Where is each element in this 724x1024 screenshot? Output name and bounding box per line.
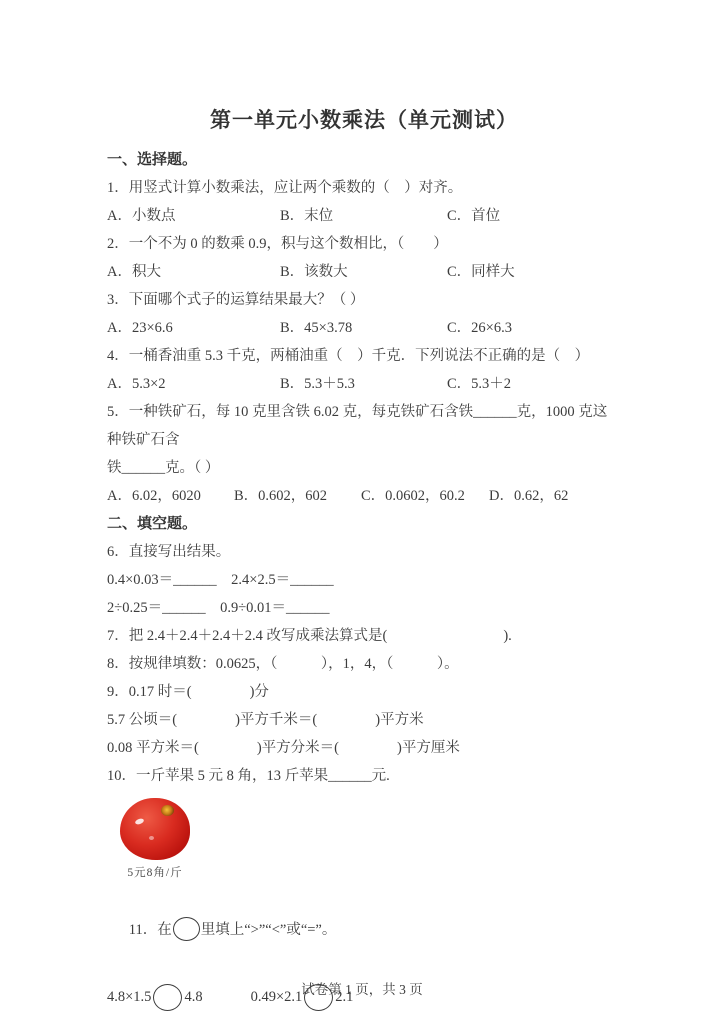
page-content: 第一单元小数乘法（单元测试） 一、选择题。 1．用竖式计算小数乘法，应让两个乘数… bbox=[107, 104, 621, 1014]
option-a: A．23×6.6 bbox=[107, 314, 280, 342]
question-2-stem: 2．一个不为 0 的数乘 0.9，积与这个数相比，（ ） bbox=[107, 230, 621, 258]
answer-circle bbox=[173, 917, 200, 941]
question-6-row2: 2÷0.25＝______ 0.9÷0.01＝______ bbox=[107, 594, 621, 622]
question-5-stem-line1: 5．一种铁矿石，每 10 克里含铁 6.02 克，每克铁矿石含铁______克，… bbox=[107, 398, 621, 454]
question-2-options: A．积大 B．该数大 C．同样大 bbox=[107, 258, 621, 286]
page-footer: 试卷第 1 页，共 3 页 bbox=[0, 978, 724, 998]
option-b: B．5.3＋5.3 bbox=[280, 370, 447, 398]
option-c: C．5.3＋2 bbox=[447, 370, 621, 398]
question-4-options: A．5.3×2 B．5.3＋5.3 C．5.3＋2 bbox=[107, 370, 621, 398]
option-c: C．首位 bbox=[447, 202, 621, 230]
option-a: A．5.3×2 bbox=[107, 370, 280, 398]
apple-figure: 5元8角/斤 bbox=[107, 798, 203, 880]
option-b: B．该数大 bbox=[280, 258, 447, 286]
option-c: C．0.0602，60.2 bbox=[361, 482, 489, 510]
apple-highlight bbox=[149, 836, 154, 840]
option-a: A．积大 bbox=[107, 258, 280, 286]
question-11-prefix: 11．在 bbox=[129, 922, 172, 938]
page-title: 第一单元小数乘法（单元测试） bbox=[107, 104, 621, 134]
question-11-suffix: 里填上“>”“<”或“=”。 bbox=[201, 922, 337, 938]
option-c: C．26×6.3 bbox=[447, 314, 621, 342]
apple-price-caption: 5元8角/斤 bbox=[107, 864, 203, 880]
option-a: A．6.02，6020 bbox=[107, 482, 234, 510]
question-1-stem: 1．用竖式计算小数乘法，应让两个乘数的（ ）对齐。 bbox=[107, 174, 621, 202]
question-9-line3: 0.08 平方米＝( )平方分米＝( )平方厘米 bbox=[107, 734, 621, 762]
question-9-line1: 9．0.17 时＝( )分 bbox=[107, 678, 621, 706]
question-5-options: A．6.02，6020 B．0.602，602 C．0.0602，60.2 D．… bbox=[107, 482, 621, 510]
apple-stem-well bbox=[161, 805, 174, 816]
question-5-stem-line2: 铁______克。（ ） bbox=[107, 454, 621, 482]
question-9-line2: 5.7 公顷＝( )平方千米＝( )平方米 bbox=[107, 706, 621, 734]
question-7-stem: 7．把 2.4＋2.4＋2.4＋2.4 改写成乘法算式是( ). bbox=[107, 622, 621, 650]
question-10-stem: 10．一斤苹果 5 元 8 角，13 斤苹果______元. bbox=[107, 762, 621, 790]
question-11-stem: 11．在里填上“>”“<”或“=”。 bbox=[107, 888, 621, 972]
option-d: D．0.62，62 bbox=[489, 482, 621, 510]
option-b: B．45×3.78 bbox=[280, 314, 447, 342]
section-heading-fill: 二、填空题。 bbox=[107, 510, 621, 538]
question-3-stem: 3．下面哪个式子的运算结果最大？（ ） bbox=[107, 286, 621, 314]
question-6-stem: 6．直接写出结果。 bbox=[107, 538, 621, 566]
question-1-options: A．小数点 B．末位 C．首位 bbox=[107, 202, 621, 230]
question-6-row1: 0.4×0.03＝______ 2.4×2.5＝______ bbox=[107, 566, 621, 594]
section-heading-choice: 一、选择题。 bbox=[107, 146, 621, 174]
question-3-options: A．23×6.6 B．45×3.78 C．26×6.3 bbox=[107, 314, 621, 342]
option-b: B．末位 bbox=[280, 202, 447, 230]
option-a: A．小数点 bbox=[107, 202, 280, 230]
question-8-stem: 8．按规律填数：0.0625，（ ），1，4，（ ）。 bbox=[107, 650, 621, 678]
option-b: B．0.602，602 bbox=[234, 482, 361, 510]
option-c: C．同样大 bbox=[447, 258, 621, 286]
apple-highlight bbox=[135, 818, 145, 826]
question-4-stem: 4．一桶香油重 5.3 千克，两桶油重（ ）千克．下列说法不正确的是（ ） bbox=[107, 342, 621, 370]
test-paper-page: 第一单元小数乘法（单元测试） 一、选择题。 1．用竖式计算小数乘法，应让两个乘数… bbox=[0, 0, 724, 1024]
apple-image bbox=[120, 798, 190, 860]
